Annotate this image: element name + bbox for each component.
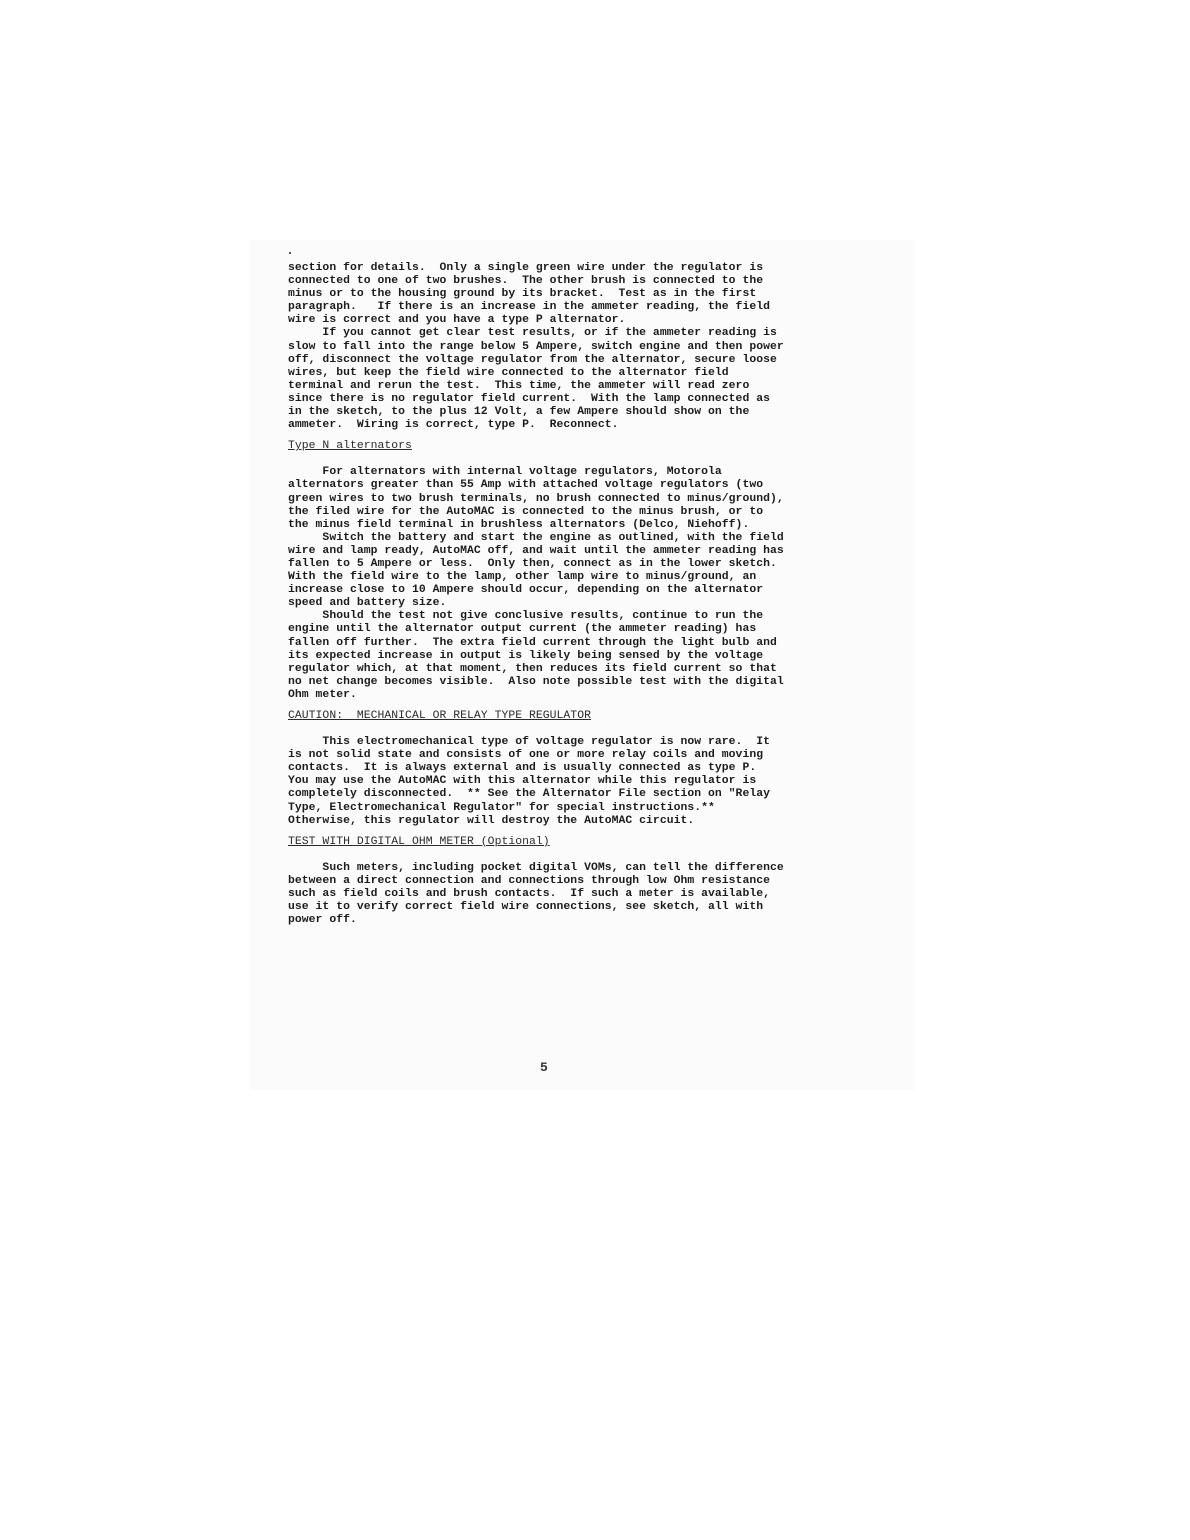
text-line: engine until the alternator output curre… bbox=[288, 623, 908, 636]
text-line: completely disconnected. ** See the Alte… bbox=[288, 788, 908, 801]
heading-caution: CAUTION: MECHANICAL OR RELAY TYPE REGULA… bbox=[288, 710, 908, 723]
document-body: section for details. Only a single green… bbox=[288, 262, 908, 927]
text-line: between a direct connection and connecti… bbox=[288, 875, 908, 888]
text-line: the filed wire for the AutoMAC is connec… bbox=[288, 506, 908, 519]
text-line: its expected increase in output is likel… bbox=[288, 650, 908, 663]
text-line: wires, but keep the field wire connected… bbox=[288, 367, 908, 380]
text-line: Ohm meter. bbox=[288, 689, 908, 702]
text-line: section for details. Only a single green… bbox=[288, 262, 908, 275]
text-line: use it to verify correct field wire conn… bbox=[288, 901, 908, 914]
text-line: off, disconnect the voltage regulator fr… bbox=[288, 354, 908, 367]
text-line: Otherwise, this regulator will destroy t… bbox=[288, 815, 908, 828]
text-line: You may use the AutoMAC with this altern… bbox=[288, 775, 908, 788]
text-line: wire and lamp ready, AutoMAC off, and wa… bbox=[288, 545, 908, 558]
intro-paragraph: section for details. Only a single green… bbox=[288, 262, 908, 327]
text-line: fallen to 5 Ampere or less. Only then, c… bbox=[288, 558, 908, 571]
text-line: green wires to two brush terminals, no b… bbox=[288, 493, 908, 506]
page-number: 5 bbox=[540, 1060, 548, 1075]
heading-ohm-meter: TEST WITH DIGITAL OHM METER (Optional) bbox=[288, 836, 908, 849]
text-line: connected to one of two brushes. The oth… bbox=[288, 275, 908, 288]
text-line: terminal and rerun the test. This time, … bbox=[288, 380, 908, 393]
text-line: wire is correct and you have a type P al… bbox=[288, 314, 908, 327]
text-line: Type, Electromechanical Regulator" for s… bbox=[288, 802, 908, 815]
text-line: in the sketch, to the plus 12 Volt, a fe… bbox=[288, 406, 908, 419]
text-line: speed and battery size. bbox=[288, 597, 908, 610]
text-line: This electromechanical type of voltage r… bbox=[288, 736, 908, 749]
text-line: no net change becomes visible. Also note… bbox=[288, 676, 908, 689]
ohm-meter-paragraph: Such meters, including pocket digital VO… bbox=[288, 862, 908, 927]
text-line: contacts. It is always external and is u… bbox=[288, 762, 908, 775]
paragraph-2: If you cannot get clear test results, or… bbox=[288, 327, 908, 432]
text-line: fallen off further. The extra field curr… bbox=[288, 637, 908, 650]
text-line: since there is no regulator field curren… bbox=[288, 393, 908, 406]
text-line: alternators greater than 55 Amp with att… bbox=[288, 479, 908, 492]
text-line: If you cannot get clear test results, or… bbox=[288, 327, 908, 340]
text-line: Should the test not give conclusive resu… bbox=[288, 610, 908, 623]
type-n-paragraphs: For alternators with internal voltage re… bbox=[288, 466, 908, 702]
scan-speck bbox=[289, 252, 291, 254]
text-line: slow to fall into the range below 5 Ampe… bbox=[288, 341, 908, 354]
heading-type-n: Type N alternators bbox=[288, 440, 908, 453]
text-line: is not solid state and consists of one o… bbox=[288, 749, 908, 762]
text-line: For alternators with internal voltage re… bbox=[288, 466, 908, 479]
text-line: minus or to the housing ground by its br… bbox=[288, 288, 908, 301]
text-line: Such meters, including pocket digital VO… bbox=[288, 862, 908, 875]
text-line: such as field coils and brush contacts. … bbox=[288, 888, 908, 901]
caution-paragraph: This electromechanical type of voltage r… bbox=[288, 736, 908, 828]
text-line: regulator which, at that moment, then re… bbox=[288, 663, 908, 676]
text-line: the minus field terminal in brushless al… bbox=[288, 519, 908, 532]
text-line: ammeter. Wiring is correct, type P. Reco… bbox=[288, 419, 908, 432]
text-line: increase close to 10 Ampere should occur… bbox=[288, 584, 908, 597]
text-line: With the field wire to the lamp, other l… bbox=[288, 571, 908, 584]
text-line: paragraph. If there is an increase in th… bbox=[288, 301, 908, 314]
text-line: power off. bbox=[288, 914, 908, 927]
text-line: Switch the battery and start the engine … bbox=[288, 532, 908, 545]
